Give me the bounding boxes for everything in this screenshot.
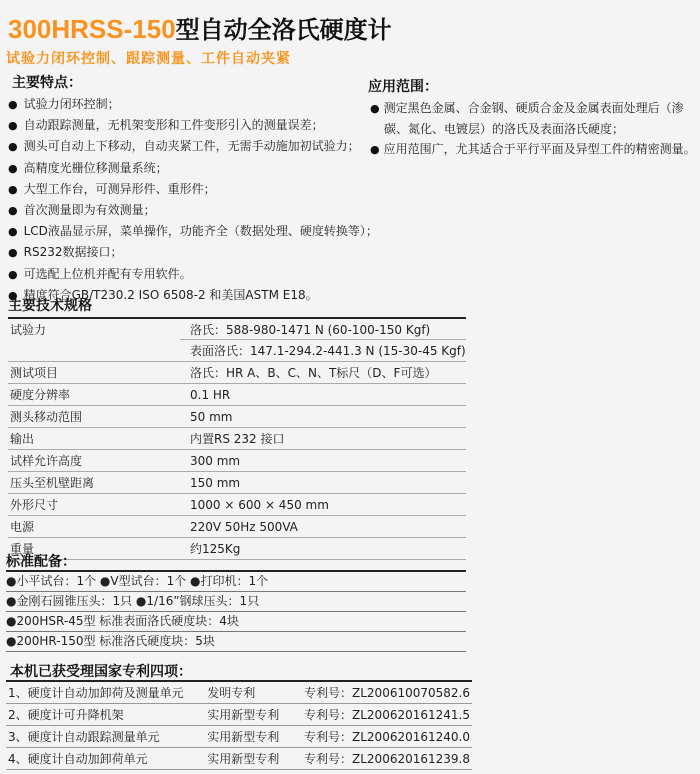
table-row: 3、硬度计自动跟踪测量单元实用新型专利专利号：ZL200620161240.0 (6, 726, 472, 748)
feature-item: ●高精度光栅位移测量系统； (8, 158, 380, 179)
bullet-icon: ● (8, 246, 18, 259)
feature-item: ●大型工作台，可测异形件、重形件； (8, 179, 380, 200)
feature-item: ●试验力闭环控制； (8, 94, 380, 115)
table-row: 外形尺寸1000 × 600 × 450 mm (8, 494, 466, 516)
bullet-icon: ● (8, 162, 18, 175)
table-row: 压头至机壁距离150 mm (8, 472, 466, 494)
subtitle: 试验力闭环控制、跟踪测量、工件自动夹紧 (6, 48, 291, 68)
table-row: 2、硬度计可升降机架实用新型专利专利号：ZL200620161241.5 (6, 704, 472, 726)
application-item: ●测定黑色金属、合金钢、硬质合金及金属表面处理后（渗碳、氮化、电镀层）的洛氏及表… (370, 98, 700, 139)
table-row: 测试项目洛氏：HR A、B、C、N、T标尺（D、F可选） (8, 362, 466, 384)
table-row: ●金刚石圆锥压头：1只 ●1/16”钢球压头：1只 (6, 592, 466, 612)
bullet-icon: ● (8, 204, 18, 217)
table-row: 重量约125Kg (8, 538, 466, 560)
table-row: 1、硬度计自动加卸荷及测量单元发明专利专利号：ZL200610070582.6 (6, 682, 472, 704)
table-row: 电源 220V 50Hz 500VA (8, 516, 466, 538)
features-heading: 主要特点： (12, 72, 82, 92)
specs-heading: 主要技术规格 (8, 295, 92, 315)
table-row: 表面洛氏：147.1-294.2-441.3 N (15-30-45 Kgf) (8, 340, 466, 362)
feature-item: ●可选配上位机并配有专用软件。 (8, 264, 380, 285)
features-list: ●试验力闭环控制； ●自动跟踪测量，无机架变形和工件变形引入的测量误差； ●测头… (8, 94, 380, 306)
bullet-icon: ● (8, 225, 18, 238)
equipment-table: ●小平试台：1个 ●V型试台：1个 ●打印机：1个 ●金刚石圆锥压头：1只 ●1… (6, 570, 466, 652)
feature-item: ●自动跟踪测量，无机架变形和工件变形引入的测量误差； (8, 115, 380, 136)
table-row: 4、硬度计自动加卸荷单元实用新型专利专利号：ZL200620161239.8 (6, 748, 472, 770)
product-name: 型自动全洛氏硬度计 (176, 16, 392, 44)
equipment-heading: 标准配备： (6, 551, 76, 571)
feature-item: ●测头可自动上下移动，自动夹紧工件，无需手动施加初试验力； (8, 136, 380, 157)
feature-item: ●首次测量即为有效测量； (8, 200, 380, 221)
application-item: ●应用范围广，尤其适合于平行平面及异型工件的精密测量。 (370, 139, 700, 160)
model-number: 300HRSS-150 (8, 14, 176, 44)
specs-table: 试验力洛氏：588-980-1471 N (60-100-150 Kgf) 表面… (8, 317, 466, 560)
bullet-icon: ● (370, 143, 380, 156)
bullet-icon: ● (8, 183, 18, 196)
table-row: 输出内置RS 232 接口 (8, 428, 466, 450)
table-row: ●小平试台：1个 ●V型试台：1个 ●打印机：1个 (6, 572, 466, 592)
application-list: ●测定黑色金属、合金钢、硬质合金及金属表面处理后（渗碳、氮化、电镀层）的洛氏及表… (370, 98, 700, 160)
table-row: ●200HSR-45型 标准表面洛氏硬度块：4块 (6, 612, 466, 632)
feature-item: ●LCD液晶显示屏，菜单操作，功能齐全（数据处理、硬度转换等）； (8, 221, 380, 242)
patents-table: 1、硬度计自动加卸荷及测量单元发明专利专利号：ZL200610070582.6 … (6, 680, 472, 770)
table-row: 试样允许高度300 mm (8, 450, 466, 472)
bullet-icon: ● (8, 119, 18, 132)
table-row: 硬度分辨率0.1 HR (8, 384, 466, 406)
table-row: 测头移动范围50 mm (8, 406, 466, 428)
bullet-icon: ● (370, 102, 380, 115)
table-row: 试验力洛氏：588-980-1471 N (60-100-150 Kgf) (8, 319, 466, 340)
table-row: ●200HR-150型 标准洛氏硬度块：5块 (6, 632, 466, 652)
patents-heading: 本机已获受理国家专利四项： (10, 661, 192, 681)
application-heading: 应用范围： (368, 76, 438, 96)
page-title: 300HRSS-150型自动全洛氏硬度计 (8, 10, 392, 45)
bullet-icon: ● (8, 268, 18, 281)
bullet-icon: ● (8, 140, 18, 153)
bullet-icon: ● (8, 98, 18, 111)
feature-item: ●RS232数据接口； (8, 242, 380, 263)
